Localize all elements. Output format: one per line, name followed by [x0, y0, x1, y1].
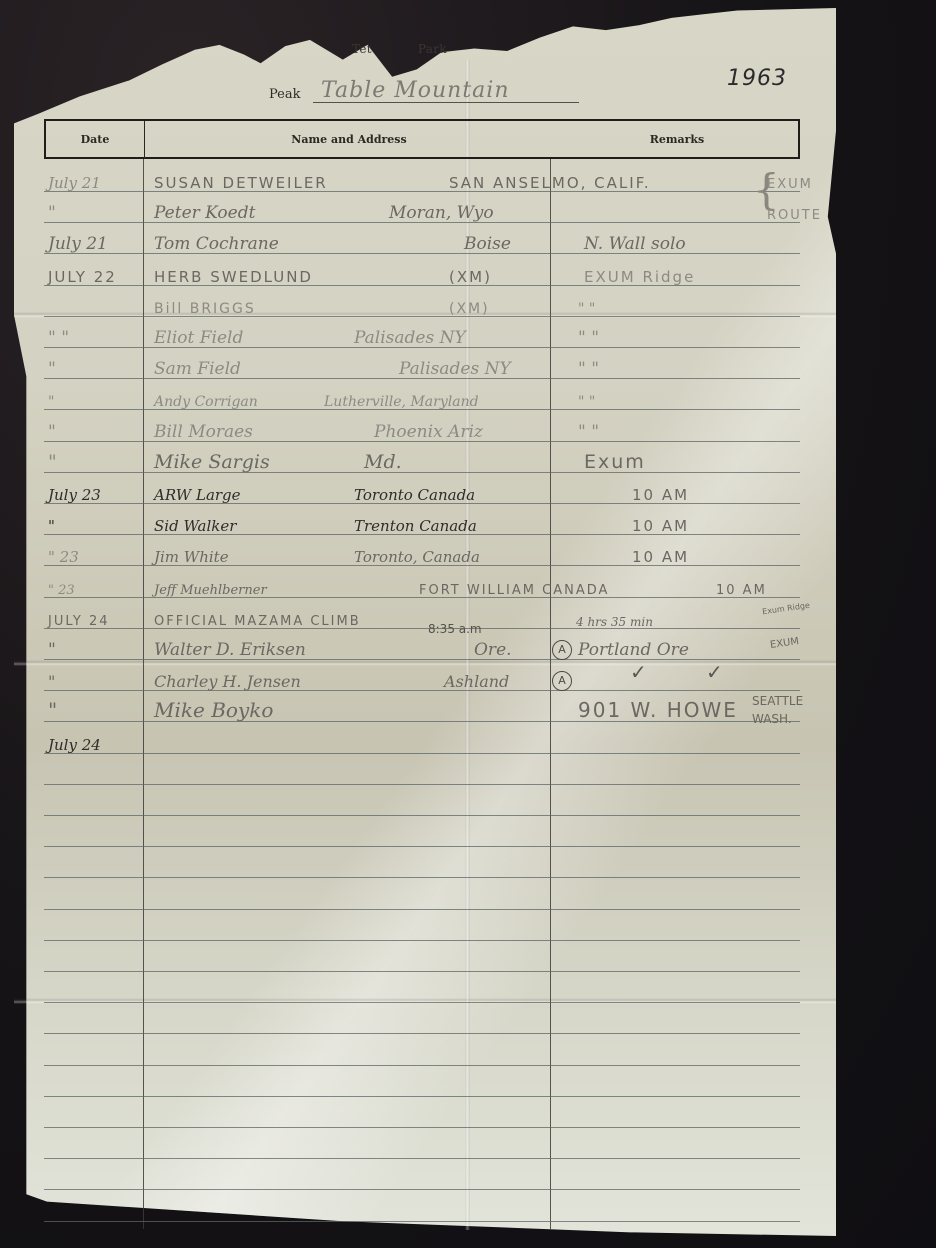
- register-entry: July 21Tom CochraneBoiseN. Wall solo: [44, 227, 824, 257]
- checkmark-icon: ✓: [706, 660, 723, 684]
- entry-name: SUSAN DETWEILER: [154, 174, 328, 192]
- peak-label: Peak: [269, 87, 300, 102]
- ruled-line: [44, 846, 800, 847]
- entry-date: ": [48, 451, 57, 473]
- entry-remarks: N. Wall solo: [584, 234, 686, 254]
- entry-remarks: 10 AM: [716, 583, 767, 598]
- entry-name: Mike Sargis: [154, 451, 270, 473]
- entry-name: Bill Moraes: [154, 422, 253, 442]
- entry-date: July 23: [48, 486, 101, 504]
- entry-address: FORT WILLIAM CANADA: [419, 583, 609, 598]
- register-entry: "Sid WalkerTrenton Canada10 AM: [44, 508, 824, 538]
- time-note: 8:35 a.m: [428, 622, 482, 636]
- park-title-right: Park: [418, 42, 447, 56]
- column-header-remarks: Remarks: [554, 133, 800, 146]
- ruled-line: [44, 1033, 800, 1034]
- entry-name: Charley H. Jensen: [154, 672, 301, 691]
- entry-address: Phoenix Ariz: [374, 422, 483, 442]
- register-entry: July 24: [44, 727, 824, 757]
- entry-remarks: Exum: [584, 451, 646, 473]
- entry-address: Toronto, Canada: [354, 548, 480, 566]
- checkmark-icon: ✓: [630, 660, 647, 684]
- ruled-line: [44, 1065, 800, 1066]
- ruled-line: [44, 1096, 800, 1097]
- register-entry: Bill BRIGGS(XM)" ": [44, 290, 824, 320]
- entry-date: ": [48, 203, 56, 223]
- entry-remarks: 10 AM: [632, 486, 689, 504]
- entry-address: (XM): [449, 301, 490, 317]
- entry-remarks: EXUM Ridge: [584, 268, 695, 286]
- register-entry: "Andy CorriganLutherville, Maryland" ": [44, 383, 824, 413]
- entry-address: (XM): [449, 268, 492, 286]
- entry-remarks: 4 hrs 35 min: [576, 615, 653, 629]
- ruled-line: [44, 1002, 800, 1003]
- entry-name: Tom Cochrane: [154, 234, 279, 254]
- entry-address: SAN ANSELMO, CALIF.: [449, 174, 651, 192]
- entry-name: Mike Boyko: [154, 698, 273, 722]
- entry-date: " 23: [48, 583, 75, 598]
- register-entry: "Peter KoedtMoran, WyoROUTE: [44, 196, 824, 226]
- ruled-line: [44, 1127, 800, 1128]
- register-entry: JULY 22HERB SWEDLUND(XM)EXUM Ridge: [44, 259, 824, 289]
- entry-date: JULY 22: [48, 268, 117, 286]
- ruled-line: [44, 784, 800, 785]
- entry-address: Md.: [364, 451, 402, 473]
- entry-name: Sam Field: [154, 359, 241, 379]
- entry-name: Jeff Muehlberner: [154, 583, 267, 598]
- column-header-name: Name and Address: [144, 133, 554, 146]
- entry-name: Peter Koedt: [154, 203, 255, 223]
- entry-date: ": [48, 394, 54, 410]
- entry-address: Moran, Wyo: [389, 203, 494, 223]
- entry-address: Boise: [464, 234, 511, 254]
- entry-name: Eliot Field: [154, 328, 243, 348]
- entry-remarks: 10 AM: [632, 548, 689, 566]
- entry-name: Andy Corrigan: [154, 394, 258, 410]
- table-header: Date Name and Address Remarks: [44, 119, 800, 159]
- entry-date: ": [48, 422, 56, 442]
- register-entry: "Mike SargisMd.Exum: [44, 446, 824, 476]
- entry-address: Ashland: [444, 672, 509, 691]
- entry-address: Lutherville, Maryland: [324, 394, 479, 410]
- entry-name: Bill BRIGGS: [154, 301, 256, 317]
- entry-date: " ": [48, 328, 69, 348]
- ruled-line: [44, 1189, 800, 1190]
- register-entry: July 21SUSAN DETWEILERSAN ANSELMO, CALIF…: [44, 165, 824, 195]
- entry-remarks: " ": [578, 422, 599, 442]
- register-entry: "Bill MoraesPhoenix Ariz" ": [44, 415, 824, 445]
- entry-date: July 24: [48, 736, 101, 754]
- entry-remarks: 901 W. HOWE: [578, 698, 738, 722]
- entry-address: Toronto Canada: [354, 486, 475, 504]
- ruled-line: [44, 909, 800, 910]
- entry-name: OFFICIAL MAZAMA CLIMB: [154, 614, 361, 629]
- register-entry: " "Eliot FieldPalisades NY" ": [44, 321, 824, 351]
- entry-date: ": [48, 359, 56, 379]
- entry-remarks: " ": [578, 359, 599, 379]
- entry-address: Palisades NY: [354, 328, 466, 348]
- ruled-line: [44, 1221, 800, 1222]
- entry-name: Jim White: [154, 548, 229, 566]
- entry-remarks: " ": [578, 301, 595, 317]
- entry-date: ": [48, 698, 57, 722]
- column-header-date: Date: [46, 133, 144, 146]
- year: 1963: [727, 66, 787, 91]
- register-entry: July 23ARW LargeToronto Canada10 AM: [44, 477, 824, 507]
- ruled-line: [44, 877, 800, 878]
- circled-a-mark: A: [552, 671, 572, 691]
- entry-remarks: 10 AM: [632, 517, 689, 535]
- register-entry: " 23Jim WhiteToronto, Canada10 AM: [44, 539, 824, 569]
- entry-name: Sid Walker: [154, 517, 236, 535]
- entry-date: July 21: [48, 234, 108, 254]
- ruled-line: [44, 940, 800, 941]
- park-title: TetPark: [352, 42, 447, 56]
- entry-remarks: Portland Ore: [578, 640, 689, 660]
- entry-remarks: " ": [578, 394, 595, 410]
- register-entry: "Walter D. EriksenOre.Portland OreA: [44, 633, 824, 663]
- ruled-line: [44, 1158, 800, 1159]
- ruled-line: [44, 971, 800, 972]
- entry-address: Ore.: [474, 640, 512, 660]
- peak-field: Peak Table Mountain: [269, 84, 581, 106]
- entry-name: Walter D. Eriksen: [154, 640, 306, 660]
- register-entry: "Mike Boyko901 W. HOWE: [44, 695, 824, 725]
- peak-value: Table Mountain: [321, 78, 510, 103]
- circled-a-mark: A: [552, 640, 572, 660]
- register-entry: " 23Jeff MuehlbernerFORT WILLIAM CANADA1…: [44, 571, 824, 601]
- entry-address: Trenton Canada: [354, 517, 477, 535]
- ruled-line: [44, 815, 800, 816]
- entry-date: July 21: [48, 174, 101, 192]
- entry-remarks: EXUM: [767, 177, 813, 192]
- park-title-left: Tet: [352, 42, 372, 56]
- entry-date: ": [48, 640, 56, 660]
- register-entry: "Sam FieldPalisades NY" ": [44, 352, 824, 382]
- entry-date: " 23: [48, 548, 79, 566]
- entry-date: ": [48, 517, 55, 535]
- entry-remarks: " ": [578, 328, 599, 348]
- entry-date: ": [48, 672, 55, 691]
- entry-address: Palisades NY: [399, 359, 511, 379]
- entry-remarks: ROUTE: [767, 208, 822, 223]
- entry-name: HERB SWEDLUND: [154, 268, 313, 286]
- entry-date: JULY 24: [48, 614, 109, 629]
- entry-name: ARW Large: [154, 486, 241, 504]
- remarks-margin-note: SEATTLE WASH.: [752, 692, 822, 728]
- paper-fold: [14, 998, 836, 1004]
